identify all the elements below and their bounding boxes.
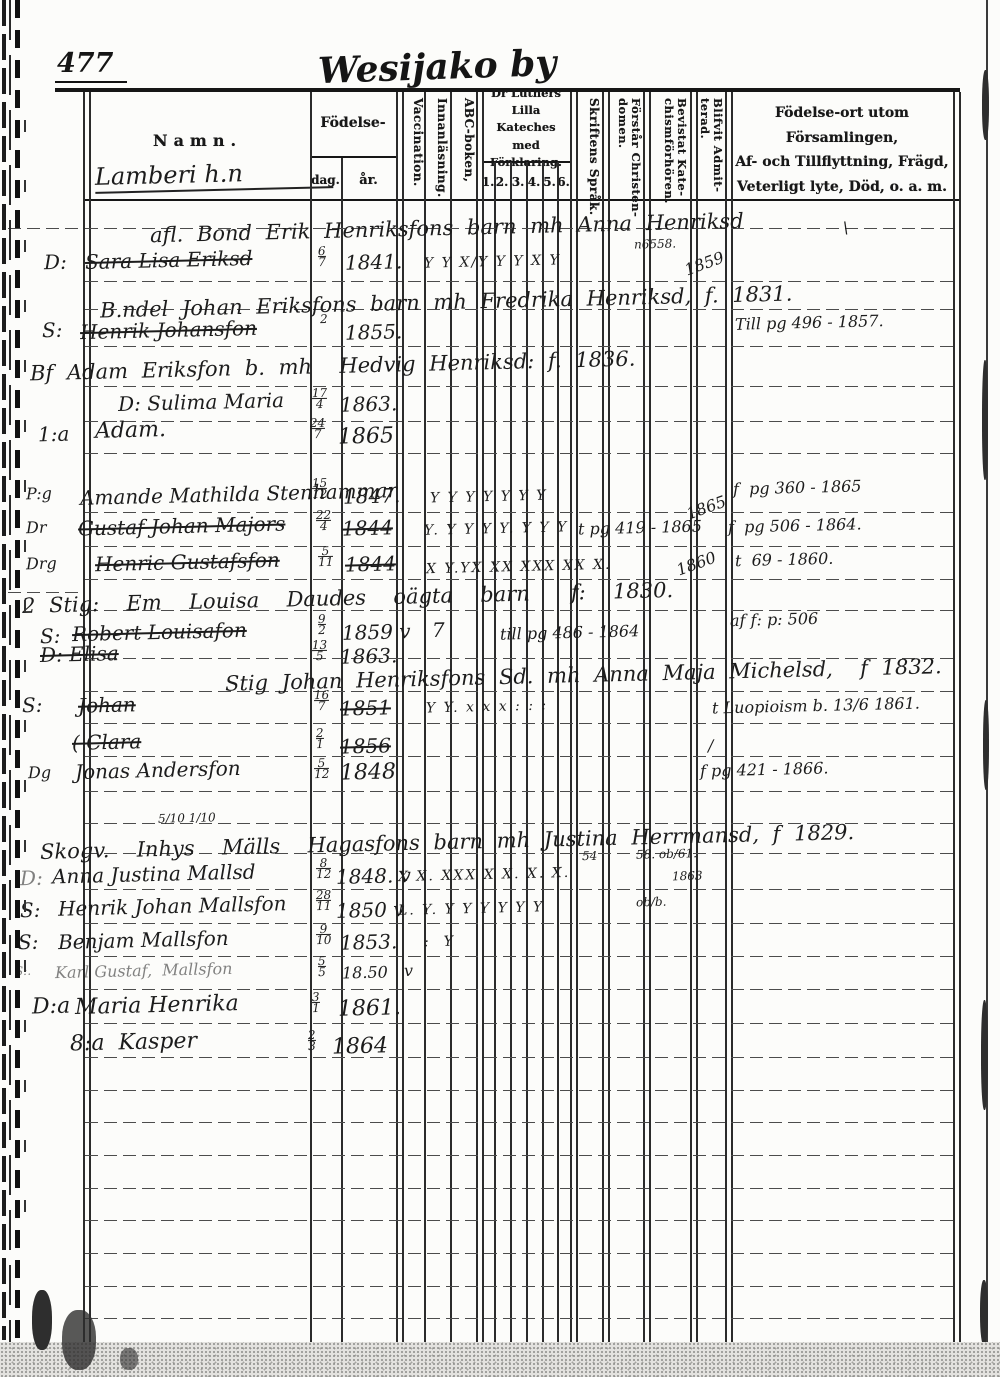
kateches-subcol-4: 4. bbox=[526, 168, 542, 196]
kateches-subcol-5: 5. bbox=[542, 168, 557, 196]
column-header-skriftens-sprak: Skriftens Språk. bbox=[580, 98, 600, 216]
row-rule bbox=[85, 421, 956, 422]
column-header-namn: Namn. bbox=[85, 125, 310, 155]
row-rule bbox=[85, 923, 956, 924]
owner-name-handwritten: Lamberi h.n bbox=[95, 159, 334, 194]
row-rule bbox=[85, 791, 956, 792]
handwritten-entry: Y. Y Y Y Y. Y Y Y bbox=[424, 520, 569, 538]
handwritten-entry: 1851 bbox=[340, 697, 391, 718]
handwritten-entry: \ bbox=[843, 220, 849, 236]
handwritten-entry: ( Clara bbox=[72, 731, 142, 753]
handwritten-entry: 1:a bbox=[38, 424, 70, 445]
handwritten-entry: f pg 506 - 1864. bbox=[728, 516, 862, 535]
handwritten-entry: 1847. bbox=[343, 485, 401, 506]
handwritten-entry: Henric Gustafsfon bbox=[95, 550, 280, 575]
column-header-vaccination: Vaccination. bbox=[404, 98, 424, 187]
handwritten-entry: f pg 360 - 1865 bbox=[733, 478, 862, 497]
handwritten-birthdate-fraction: 511 bbox=[318, 546, 334, 567]
handwritten-entry: 1865 bbox=[338, 425, 395, 448]
handwritten-birthdate-fraction: 2811 bbox=[316, 890, 332, 911]
row-rule bbox=[85, 889, 956, 890]
handwritten-entry: 1844 bbox=[345, 553, 396, 574]
handwritten-entry: 58. ob/61. bbox=[636, 847, 697, 860]
scan-smudge bbox=[32, 1290, 52, 1350]
scan-smudge bbox=[62, 1310, 96, 1370]
page-edge-blot bbox=[980, 1280, 988, 1345]
handwritten-entry: Dg bbox=[28, 765, 51, 782]
page-edge-line bbox=[986, 0, 988, 1345]
kateches-subcol-1: 1. bbox=[482, 168, 494, 196]
handwritten-entry: P:g bbox=[26, 486, 52, 503]
handwritten-birthdate-fraction: 167 bbox=[314, 690, 330, 711]
handwritten-birthdate-fraction: 31 bbox=[312, 992, 320, 1013]
handwritten-entry: t 69 - 1860. bbox=[735, 551, 834, 569]
row-rule bbox=[85, 1253, 956, 1254]
handwritten-entry: S: bbox=[20, 900, 41, 920]
handwritten-entry: S: bbox=[18, 932, 39, 952]
column-header-bevistat-katechismforhoren: Bevistat Kate- chismförhören. bbox=[652, 98, 688, 204]
handwritten-entry: Drg bbox=[26, 556, 57, 573]
handwritten-entry: v bbox=[404, 963, 413, 979]
handwritten-entry: ob/b. bbox=[636, 896, 667, 909]
handwritten-entry: Sara Lisa Eriksd bbox=[85, 248, 253, 272]
handwritten-entry: D: bbox=[44, 252, 67, 273]
scanned-parish-register-page: { "page": { "number": "477", "title": "W… bbox=[0, 0, 1000, 1377]
column-rule bbox=[959, 92, 961, 1350]
row-rule bbox=[85, 1090, 956, 1091]
handwritten-birthdate-fraction: 55 bbox=[318, 956, 326, 977]
binding-streak bbox=[9, 0, 11, 1377]
handwritten-entry: 1841. bbox=[345, 251, 403, 272]
handwritten-entry: Till pg 496 - 1857. bbox=[735, 313, 884, 333]
handwritten-entry: f pg 421 - 1866. bbox=[700, 760, 829, 779]
handwritten-entry: Bf Adam Eriksfon b. mh Hedvig Henriksd: … bbox=[30, 349, 636, 385]
column-header-ar: år. bbox=[341, 165, 396, 195]
column-header-kateches: Dr Luthers Lilla Kateches med Förklaring… bbox=[482, 98, 570, 158]
row-rule bbox=[85, 1122, 956, 1123]
handwritten-entry: Y Y. x x x : : : bbox=[426, 699, 548, 716]
row-rule bbox=[85, 1318, 956, 1319]
handwritten-entry: 1844 bbox=[342, 517, 393, 538]
binding-streak bbox=[2, 0, 6, 1340]
handwritten-entry: Benjam Mallsfon bbox=[58, 928, 229, 952]
handwritten-entry: Henrik Johan Mallsfon bbox=[58, 893, 287, 919]
handwritten-birthdate-fraction: 812 bbox=[316, 858, 332, 879]
handwritten-entry: 18.50 bbox=[342, 964, 388, 981]
handwritten-entry: D:a bbox=[32, 996, 71, 1019]
handwritten-entry: / bbox=[708, 738, 714, 754]
handwritten-entry: 1864 bbox=[332, 1035, 389, 1058]
column-header-remarks: Födelse-ort utom Församlingen, Af- och T… bbox=[731, 105, 953, 195]
handwritten-birthdate-fraction: 910 bbox=[316, 924, 332, 945]
handwritten-entry: Gustaf Johan Majors bbox=[78, 513, 286, 538]
binding-streak bbox=[15, 0, 20, 1377]
handwritten-birthdate-fraction: 512 bbox=[314, 758, 330, 779]
handwritten-entry: Dr bbox=[26, 520, 47, 536]
handwritten-birthdate-fraction: 174 bbox=[312, 388, 328, 409]
row-rule bbox=[85, 579, 956, 580]
handwritten-entry: X X. XXX X X. X. X. bbox=[398, 866, 570, 884]
handwritten-entry: 1848 bbox=[340, 761, 397, 784]
handwritten-birthdate-fraction: 23 bbox=[308, 1030, 316, 1051]
handwritten-entry: Jonas Andersfon bbox=[75, 758, 241, 782]
row-rule bbox=[85, 1057, 956, 1058]
kateches-subcol-6: 6. bbox=[557, 168, 570, 196]
handwritten-birthdate-fraction: 135 bbox=[312, 640, 328, 661]
column-header-dag: dag. bbox=[310, 165, 341, 195]
handwritten-entry: L. Y. Y Y Y Y Y Y bbox=[398, 900, 545, 918]
handwritten-entry: Y Y Y Y Y Y Y bbox=[430, 489, 548, 506]
handwritten-entry: X Y.YX XX XXX XX X. bbox=[426, 558, 612, 577]
handwritten-entry: 1855. bbox=[345, 321, 403, 342]
handwritten-entry: 1861. bbox=[338, 997, 402, 1021]
handwritten-entry: S: bbox=[42, 320, 63, 340]
row-rule bbox=[85, 453, 956, 454]
column-header-abc-boken: ABC-boken, bbox=[455, 98, 475, 182]
page-edge-blot bbox=[983, 700, 989, 790]
handwritten-entry: af f: p: 506 bbox=[730, 611, 819, 629]
handwritten-entry: 1863. bbox=[340, 645, 398, 666]
handwritten-birthdate-fraction: 92 bbox=[318, 614, 326, 635]
header-bottom-rule bbox=[83, 199, 960, 201]
handwritten-entry: B.ndel Johan Eriksfons barn mh Fredrika … bbox=[100, 284, 793, 322]
handwritten-entry: 54 bbox=[582, 850, 598, 862]
binding-streak bbox=[24, 120, 26, 1220]
handwritten-birthdate-fraction: 1512 bbox=[312, 478, 328, 499]
handwritten-birthdate-fraction: 2 bbox=[320, 314, 328, 324]
handwritten-entry: Robert Louisafon bbox=[72, 620, 247, 644]
column-header-blifvit-admitterad: Blifvit Admit- terad. bbox=[698, 98, 724, 192]
handwritten-entry: Anna Justina Mallsd bbox=[52, 862, 256, 887]
kateches-subcol-3: 3. bbox=[510, 168, 526, 196]
handwritten-birthdate-fraction: 224 bbox=[316, 510, 332, 531]
handwritten-entry: till pg 486 - 1864 bbox=[500, 623, 640, 642]
handwritten-entry: Henrik Johansfon bbox=[80, 318, 257, 342]
row-rule bbox=[85, 1155, 956, 1156]
handwritten-entry: Karl Gustaf, Mallsfon bbox=[55, 961, 233, 981]
row-rule bbox=[85, 1220, 956, 1221]
handwritten-entry: : Y bbox=[424, 935, 455, 950]
handwritten-entry: 1863. bbox=[340, 393, 398, 414]
scan-smudge bbox=[120, 1348, 138, 1370]
row-rule bbox=[85, 281, 956, 282]
handwritten-entry: 1850 v bbox=[336, 899, 405, 921]
fodelse-subrule bbox=[310, 156, 396, 158]
handwritten-entry: 1859 v bbox=[342, 621, 411, 643]
handwritten-entry: Maria Henrika bbox=[75, 993, 239, 1019]
page-edge-blot bbox=[982, 360, 988, 480]
handwritten-birthdate-fraction: 67 bbox=[318, 246, 326, 267]
row-rule bbox=[85, 1286, 956, 1287]
row-rule bbox=[85, 1023, 956, 1024]
row-rule bbox=[85, 691, 956, 692]
handwritten-entry: 1863 bbox=[672, 870, 703, 883]
scan-noise-band bbox=[0, 1342, 1000, 1377]
row-rule bbox=[85, 723, 956, 724]
handwritten-entry: D: Elisa bbox=[40, 643, 119, 665]
handwritten-birthdate-fraction: 247 bbox=[310, 418, 326, 439]
handwritten-entry: 1856 bbox=[340, 735, 391, 756]
row-rule bbox=[85, 989, 956, 990]
row-rule bbox=[85, 546, 956, 547]
row-rule bbox=[85, 346, 956, 347]
page-number: 477 bbox=[55, 48, 127, 83]
kateches-subcol-2: 2. bbox=[494, 168, 510, 196]
handwritten-entry: Johan bbox=[78, 694, 136, 715]
handwritten-entry: 8:a Kasper bbox=[70, 1030, 197, 1055]
row-rule bbox=[85, 1188, 956, 1189]
handwritten-entry: t Luopioism b. 13/6 1861. bbox=[712, 695, 920, 716]
handwritten-entry: 5/10 1/10 bbox=[158, 811, 216, 824]
column-header-innanlasning: Innanläsning. bbox=[428, 98, 448, 198]
page-edge-blot bbox=[981, 1000, 988, 1110]
row-rule bbox=[85, 386, 956, 387]
handwritten-entry: Stig Johan Henriksfons Sd. mh Anna Maja … bbox=[225, 656, 942, 695]
handwritten-entry: D: Sulima Maria bbox=[118, 390, 284, 414]
handwritten-entry: 7 bbox=[432, 620, 445, 640]
handwritten-entry: 1853. bbox=[340, 931, 398, 952]
column-header-forstar-christendomen: Förstår Christen- domen. bbox=[610, 98, 642, 217]
handwritten-birthdate-fraction: 21 bbox=[316, 728, 324, 749]
handwritten-entry: Adam. bbox=[95, 419, 166, 443]
handwritten-entry: t pg 419 - 1865 bbox=[578, 518, 702, 537]
page-edge-blot bbox=[982, 70, 989, 140]
column-header-fodelse: Födelse- bbox=[310, 108, 396, 138]
handwritten-entry: n6558. bbox=[634, 237, 676, 250]
row-rule bbox=[85, 956, 956, 957]
handwritten-entry: Y Y X/Y Y Y X Y bbox=[424, 253, 561, 270]
